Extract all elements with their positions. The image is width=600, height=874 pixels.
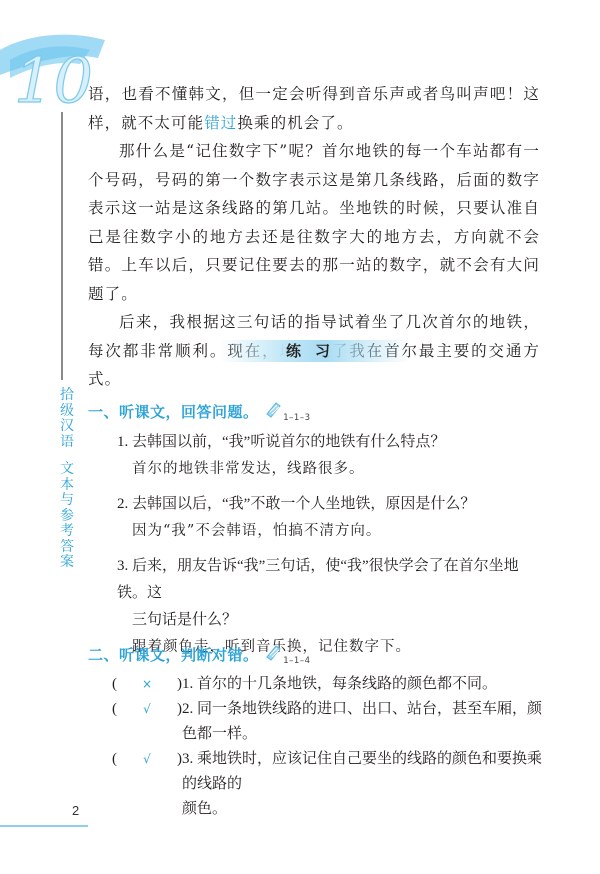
highlighted-word: 错过 [204,114,237,132]
margin-rule [61,112,63,380]
paragraph-2: 那什么是“记住数字下”呢？首尔地铁的每一个车站都有一个号码，号码的第一个数字表示… [88,137,540,308]
audio-track-icon[interactable] [264,400,282,422]
correct-mark: √ [143,697,151,747]
tf-item-3: (√) 3. 乘地铁时，应该记住自己要坐的线路的颜色和要换乘的线路的 [112,747,552,797]
tf-item-3-continued: 颜色。 [112,797,552,822]
section-1-heading: 一、听课文，回答问题。 1–1–3 [88,400,310,422]
svg-text:10: 10 [14,44,93,110]
track-number: 1–1–3 [283,413,310,423]
correct-mark: √ [143,747,151,797]
series-title: 拾级汉语 [57,388,77,450]
answer-2: 因为“我”不会韩语，怕搞不清方向。 [117,518,547,545]
audio-track-icon[interactable] [264,643,282,665]
track-number: 1–1–4 [283,656,310,666]
paragraph-1: 语，也看不懂韩文，但一定会听得到音乐声或者鸟叫声吧！这样，就不太可能错过换乘的机… [88,80,540,137]
question-3-continued: 三句话是什么？ [117,607,547,634]
section-2-heading: 二、听课文，判断对错。 1–1–4 [88,643,310,665]
tf-item-2: (√) 2. 同一条地铁线路的进口、出口、站台，甚至车厢，颜色都一样。 [112,697,552,747]
question-1: 1. 去韩国以前，“我”听说首尔的地铁有什么特点？ [117,429,547,456]
tf-item-1: (×) 1. 首尔的十几条地铁，每条线路的颜色都不同。 [112,672,552,697]
answer-1: 首尔的地铁非常发达，线路很多。 [117,456,547,483]
sidebar-book-title: 拾级汉语 文本与参考答案 [57,388,77,571]
section-1-items: 1. 去韩国以前，“我”听说首尔的地铁有什么特点？ 首尔的地铁非常发达，线路很多… [117,429,547,661]
footer-rule [0,825,88,827]
question-2: 2. 去韩国以后，“我”不敢一个人坐地铁，原因是什么？ [117,491,547,518]
page-number: 2 [72,803,79,818]
question-3: 3. 后来，朋友告诉“我”三句话，使“我”很快学会了在首尔坐地铁。这 [117,553,547,607]
wrong-mark: × [142,672,152,697]
series-subtitle: 文本与参考答案 [57,462,77,571]
true-false-list: (×) 1. 首尔的十几条地铁，每条线路的颜色都不同。 (√) 2. 同一条地铁… [112,672,552,822]
exercise-title: 练习 [220,340,410,362]
